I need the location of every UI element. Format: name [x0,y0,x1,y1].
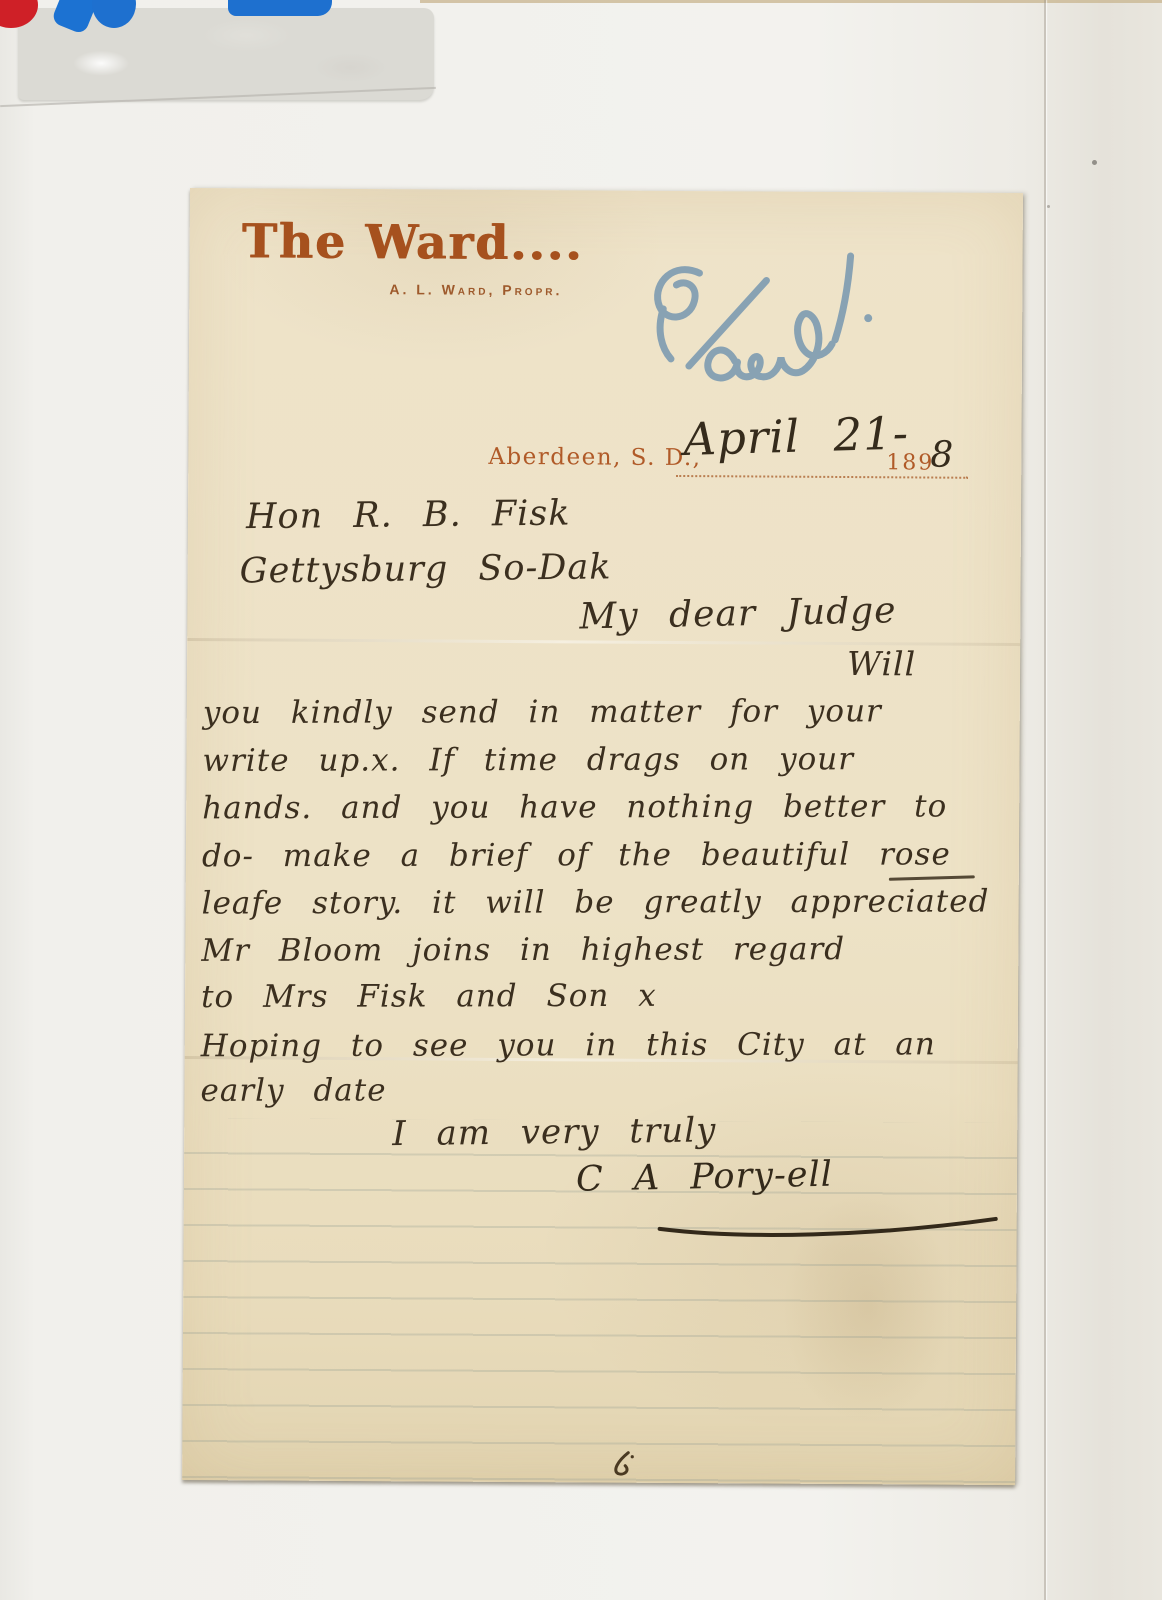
scanned-letter-photo: The Ward.... A. L. Ward, Propr. Aberdeen… [0,0,1162,1600]
body-line: hands. and you have nothing better to [202,788,947,826]
dateline-year-handwritten: 8 [930,435,954,476]
dateline-city-printed: Aberdeen, S. D., [488,444,701,471]
body-line: Hoping to see you in this City at an [201,1026,936,1064]
letter-paper: The Ward.... A. L. Ward, Propr. Aberdeen… [182,188,1023,1485]
salutation-carryover: Will [847,644,916,683]
dateline-year-printed: 189 [886,450,934,475]
body-line: to Mrs Fisk and Son x [201,978,657,1015]
pencil-annotation [627,245,908,407]
background-crease [1044,0,1046,1600]
recipient-name: Hon R. B. Fisk [246,494,571,538]
dateline-date-handwritten: April 21- [683,406,910,465]
sticker-fragment-blue [228,0,332,16]
body-line: leafe story. it will be greatly apprecia… [202,883,990,921]
dust-speck [1047,205,1050,208]
ink-squiggle [610,1451,640,1479]
body-line: do- make a brief of the beautiful rose [202,836,951,874]
dust-speck [1092,160,1097,165]
letterhead-name: The Ward.... [242,214,584,271]
signature: C A Pory-ell [576,1155,834,1200]
hand-underline [889,875,975,880]
body-line: write up.x. If time drags on your [202,741,854,779]
body-line: Mr Bloom joins in highest regard [201,931,845,969]
closing-line: I am very truly [392,1110,716,1154]
recipient-place: Gettysburg So-Dak [239,547,611,591]
letterhead-proprietor: A. L. Ward, Propr. [389,281,562,298]
salutation: My dear Judge [579,590,897,637]
signature-flourish [654,1209,1004,1241]
scan-top-edge-line [420,0,1162,3]
body-line: you kindly send in matter for your [203,693,882,731]
body-line: early date [200,1072,386,1108]
